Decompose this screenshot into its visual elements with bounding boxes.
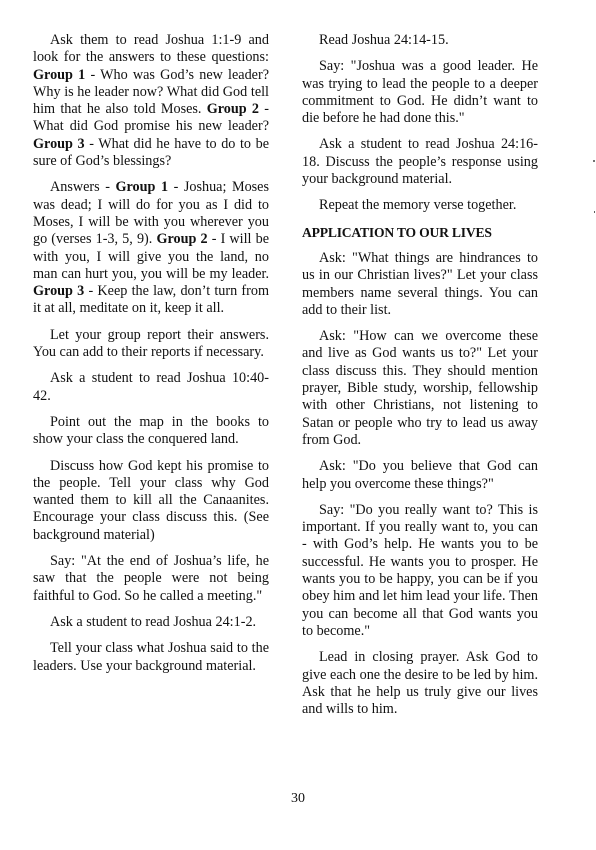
- paragraph: Ask a student to read Joshua 10:40-42.: [33, 370, 269, 405]
- right-column: Read Joshua 24:14-15. Say: "Joshua was a…: [302, 32, 538, 727]
- paragraph: Ask: "What things are hindrances to us i…: [302, 250, 538, 319]
- paragraph: Ask: "How can we overcome these and live…: [302, 328, 538, 449]
- paragraph: Repeat the memory verse together.: [302, 197, 538, 214]
- section-heading: APPLICATION TO OUR LIVES: [302, 224, 538, 241]
- paragraph: Point out the map in the books to show y…: [33, 414, 269, 449]
- paragraph-group-questions: Ask them to read Joshua 1:1-9 and look f…: [33, 32, 269, 170]
- group-label: Group 2: [156, 231, 207, 247]
- scan-speck: [594, 211, 595, 213]
- paragraph: Ask: "Do you believe that God can help y…: [302, 458, 538, 493]
- group-label: Group 3: [33, 283, 84, 299]
- paragraph: Lead in closing prayer. Ask God to give …: [302, 649, 538, 718]
- paragraph: Ask a student to read Joshua 24:1-2.: [33, 614, 269, 631]
- text-run: Ask them to read Joshua 1:1-9 and look f…: [33, 32, 269, 65]
- paragraph-answers: Answers - Group 1 - Joshua; Moses was de…: [33, 179, 269, 317]
- group-label: Group 1: [33, 67, 85, 83]
- text-run: Answers -: [50, 179, 115, 195]
- paragraph: Tell your class what Joshua said to the …: [33, 640, 269, 675]
- paragraph: Say: "Joshua was a good leader. He was t…: [302, 58, 538, 127]
- paragraph: Discuss how God kept his promise to the …: [33, 458, 269, 544]
- page-number: 30: [0, 791, 596, 807]
- group-label: Group 2: [207, 101, 259, 117]
- left-column: Ask them to read Joshua 1:1-9 and look f…: [33, 32, 269, 684]
- paragraph: Ask a student to read Joshua 24:16-18. D…: [302, 136, 538, 188]
- paragraph: Read Joshua 24:14-15.: [302, 32, 538, 49]
- paragraph: Say: "Do you really want to? This is imp…: [302, 502, 538, 640]
- paragraph: Say: "At the end of Joshua’s life, he sa…: [33, 553, 269, 605]
- group-label: Group 3: [33, 136, 85, 152]
- scan-speck: [593, 160, 595, 162]
- paragraph: Let your group report their answers. You…: [33, 327, 269, 362]
- group-label: Group 1: [115, 179, 168, 195]
